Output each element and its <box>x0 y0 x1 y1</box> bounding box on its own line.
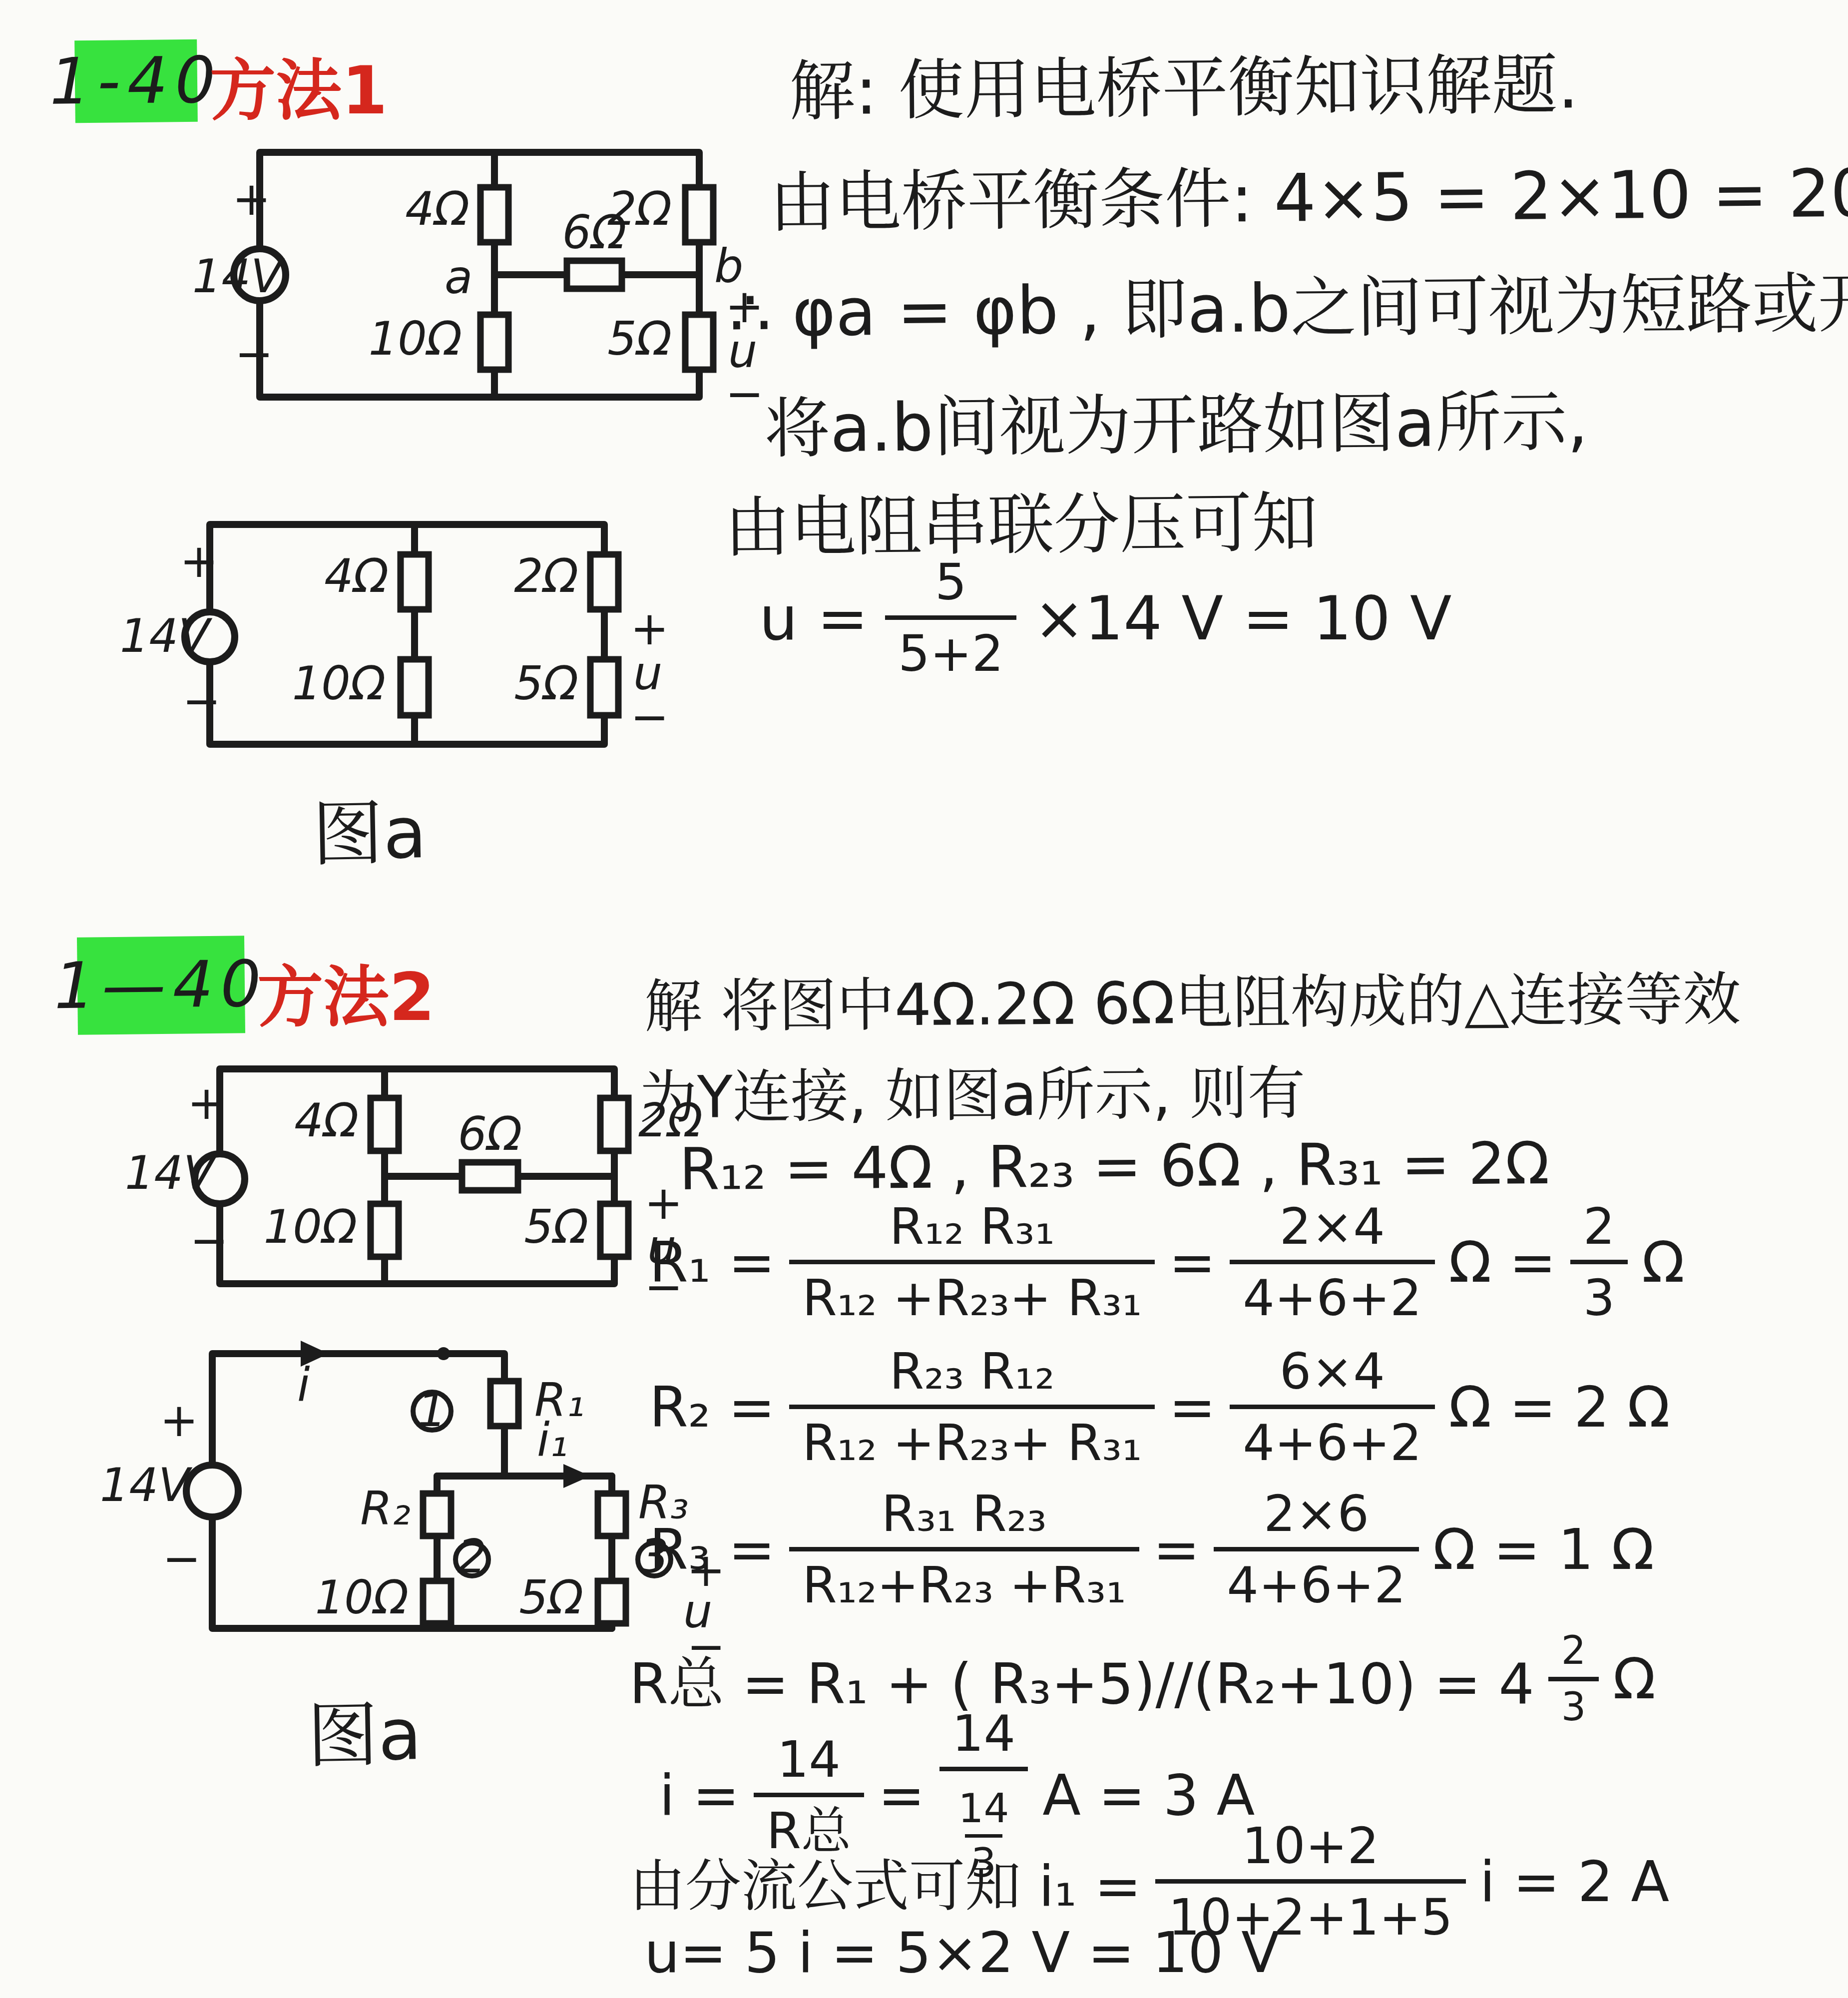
eq-tail: Ω <box>1642 1230 1685 1295</box>
node-a-label: a <box>445 251 472 304</box>
resistor-10ohm-body <box>423 1581 451 1623</box>
eq-lhs: R₃ = <box>649 1517 775 1582</box>
m2-solution-line-2: 为Y连接, 如图a所示, 则有 <box>639 1046 1306 1134</box>
fraction-numerator: R₂₃ R₁₂ <box>877 1344 1068 1405</box>
eq-lhs: R₁ = <box>649 1230 775 1295</box>
eq-mid: Ω = <box>1449 1230 1556 1295</box>
resistor-4ohm-body <box>371 1098 399 1151</box>
method2-figure-a-circuit-diagram: 1 2 3 + 14V − i i₁ R₁ R₂ R₃ 10Ω 5Ω + u − <box>85 1319 734 1668</box>
fraction-denominator: R₁₂ +R₂₃+ R₃₁ <box>789 1405 1155 1471</box>
m2-r1-equation: R₁ = R₁₂ R₃₁ R₁₂ +R₂₃+ R₃₁ = 2×4 4+6+2 Ω… <box>649 1199 1685 1326</box>
voltage-source-symbol <box>186 1465 238 1517</box>
fraction: R₃₁ R₂₃ R₁₂+R₂₃ +R₃₁ <box>789 1486 1139 1613</box>
resistor-r2-body <box>423 1494 451 1536</box>
resistor-5ohm-body <box>600 1204 628 1257</box>
fraction-numerator: 2 <box>1548 1631 1599 1677</box>
eq-lhs: u = <box>759 583 868 654</box>
fraction-numerator: R₃₁ R₂₃ <box>869 1486 1060 1547</box>
m1-solution-line-4: 将a.b间视为开路如图a所示, <box>764 369 1588 471</box>
fraction-denominator: 3 <box>1548 1677 1599 1728</box>
fraction: 2×4 4+6+2 <box>1230 1199 1434 1326</box>
source-voltage-label: 14V <box>125 1146 218 1200</box>
resistor-5ohm-body <box>598 1581 626 1623</box>
resistor-5ohm-body <box>685 315 713 370</box>
m2-u-equation: u= 5 i = 5×2 V = 10 V <box>644 1921 1280 1986</box>
m1-solution-line-2: 由电桥平衡条件: 4×5 = 2×10 = 20 <box>769 140 1848 244</box>
fraction-numerator: 14 <box>939 1706 1028 1767</box>
method1-bridge-circuit-diagram: + 14V − 4Ω 2Ω 6Ω 10Ω 5Ω a b + u − <box>190 117 784 427</box>
u-minus-label: − <box>630 690 669 744</box>
fraction-denominator: 4+6+2 <box>1230 1260 1434 1326</box>
fraction: 2×6 4+6+2 <box>1214 1486 1418 1613</box>
source-voltage-label: 14V <box>120 609 213 663</box>
resistor-6ohm-label: 6Ω <box>458 1107 522 1161</box>
fraction: 6×4 4+6+2 <box>1230 1344 1434 1471</box>
source-voltage-label: 14V <box>100 1459 193 1512</box>
fraction-numerator: 6×4 <box>1267 1344 1398 1405</box>
fraction-numerator: 10+2 <box>1229 1818 1392 1879</box>
resistor-4ohm-label: 4Ω <box>294 1094 359 1147</box>
resistor-6ohm-label: 6Ω <box>562 206 627 259</box>
fraction-denominator: 5+2 <box>885 615 1016 682</box>
source-plus-label: + <box>187 1076 226 1130</box>
fraction-denominator: R₁₂ +R₂₃+ R₃₁ <box>789 1260 1155 1326</box>
problem-tag-badge-2: 1—40 <box>77 936 245 1034</box>
eq-equals: = <box>1169 1230 1216 1295</box>
fraction-denominator: R₁₂+R₂₃ +R₃₁ <box>789 1547 1139 1613</box>
fraction: 2 3 <box>1570 1199 1628 1326</box>
fraction-numerator: 14 <box>764 1732 854 1793</box>
fraction-numerator: 2×4 <box>1267 1199 1398 1260</box>
m1-u-equation: u = 5 5+2 ×14 V = 10 V <box>759 554 1451 682</box>
m2-solution-line-1: 解 将图中4Ω.2Ω 6Ω电阻构成的△连接等效 <box>644 953 1741 1043</box>
fraction: R₂₃ R₁₂ R₁₂ +R₂₃+ R₃₁ <box>789 1344 1155 1471</box>
m1-solution-line-3: ∴ φa = φb , 即a.b之间可视为短路或开路 <box>729 249 1848 355</box>
method1-figure-a-circuit-diagram: + 14V − 4Ω 2Ω 10Ω 5Ω + u − <box>85 492 684 772</box>
method2-bridge-circuit-diagram: + 14V − 4Ω 6Ω 2Ω 10Ω 5Ω + u − <box>85 1039 709 1309</box>
resistor-10ohm-label: 10Ω <box>369 312 462 366</box>
eq-text: u= 5 i = 5×2 V = 10 V <box>644 1921 1280 1986</box>
handwritten-notes-page: 1-40 方法1 + 14V − 4Ω 2Ω 6Ω 10Ω 5Ω a b + u… <box>0 0 1848 1998</box>
resistor-2ohm-body <box>685 187 713 242</box>
fraction: 5 5+2 <box>885 554 1016 682</box>
figure-a2-caption: 图a <box>306 1677 423 1781</box>
eq-tail: i = 2 A <box>1480 1850 1670 1915</box>
source-voltage-label: 14V <box>192 250 285 303</box>
resistor-4ohm-body <box>480 187 508 242</box>
resistor-10ohm-label: 10Ω <box>264 1200 357 1254</box>
resistor-4ohm-label: 4Ω <box>324 549 389 603</box>
resistor-4ohm-label: 4Ω <box>405 182 469 236</box>
resistor-r2-label: R₂ <box>360 1482 411 1535</box>
source-plus-label: + <box>232 172 271 226</box>
problem-tag-1: 1-40 <box>49 43 223 119</box>
fraction-numerator: 2 <box>1570 1199 1628 1260</box>
figure-a-caption: 图a <box>311 776 428 880</box>
node-2-label: 2 <box>458 1530 487 1583</box>
eq-equals: = <box>1169 1375 1216 1440</box>
eq-tail: Ω = 1 Ω <box>1433 1517 1654 1582</box>
current-i1-arrow-icon <box>563 1464 590 1488</box>
resistor-5ohm-label: 5Ω <box>514 657 578 710</box>
resistor-10ohm-label: 10Ω <box>315 1571 409 1624</box>
u-minus-label: − <box>725 367 764 421</box>
problem-tag-2: 1—40 <box>54 947 269 1023</box>
current-i-label: i <box>297 1359 310 1412</box>
eq-pre: 由分流公式可知 i₁ = <box>629 1842 1141 1922</box>
junction-dot <box>437 1347 450 1360</box>
eq-tail: Ω <box>1613 1647 1656 1712</box>
fraction: R₁₂ R₃₁ R₁₂ +R₂₃+ R₃₁ <box>789 1199 1155 1326</box>
fraction-denominator: 3 <box>1570 1260 1628 1326</box>
fraction-denominator: 4+6+2 <box>1230 1405 1434 1471</box>
eq-equals: = <box>1153 1517 1200 1582</box>
source-minus-label: − <box>190 1214 228 1267</box>
resistor-10ohm-body <box>401 659 429 715</box>
m2-solution-line-3: R₁₂ = 4Ω , R₂₃ = 6Ω , R₃₁ = 2Ω <box>679 1130 1550 1203</box>
resistor-r3-body <box>598 1494 626 1536</box>
problem-tag-badge-1: 1-40 <box>74 39 198 123</box>
source-top-wire <box>212 1354 504 1476</box>
source-minus-label: − <box>235 327 273 381</box>
source-plus-label: + <box>160 1394 198 1447</box>
node-1-label: 1 <box>418 1384 447 1437</box>
eq-tail: Ω = 2 Ω <box>1449 1375 1670 1440</box>
m2-r3-equation: R₃ = R₃₁ R₂₃ R₁₂+R₂₃ +R₃₁ = 2×6 4+6+2 Ω … <box>649 1486 1654 1613</box>
resistor-2ohm-label: 2Ω <box>514 549 578 603</box>
resistor-5ohm-body <box>590 659 618 715</box>
resistor-5ohm-label: 5Ω <box>519 1571 583 1624</box>
resistor-6ohm-body <box>462 1162 518 1190</box>
resistor-r1-label: R₁ <box>534 1374 585 1427</box>
source-plus-label: + <box>180 534 218 588</box>
eq-lhs: R₂ = <box>649 1375 775 1440</box>
method2-title: 方法2 <box>257 944 435 1039</box>
resistor-4ohm-body <box>401 554 429 609</box>
resistor-10ohm-body <box>371 1204 399 1257</box>
source-minus-label: − <box>162 1532 201 1585</box>
fraction-numerator: 5 <box>922 554 980 615</box>
fraction-numerator: R₁₂ R₃₁ <box>877 1199 1068 1260</box>
resistor-r1-body <box>490 1381 518 1426</box>
eq-tail: ×14 V = 10 V <box>1033 583 1451 654</box>
resistor-5ohm-label: 5Ω <box>524 1200 588 1254</box>
resistor-6ohm-body <box>567 261 622 289</box>
source-minus-label: − <box>182 674 221 728</box>
m2-r2-equation: R₂ = R₂₃ R₁₂ R₁₂ +R₂₃+ R₃₁ = 6×4 4+6+2 Ω… <box>649 1344 1670 1471</box>
resistor-10ohm-body <box>480 315 508 370</box>
resistor-5ohm-label: 5Ω <box>607 312 672 366</box>
m1-solution-line-1: 解: 使用电桥平衡知识解题. <box>789 31 1579 133</box>
fraction-denominator: 4+6+2 <box>1214 1547 1418 1613</box>
resistor-2ohm-body <box>600 1098 628 1151</box>
resistor-10ohm-label: 10Ω <box>292 657 386 710</box>
resistor-2ohm-body <box>590 554 618 609</box>
fraction: 2 3 <box>1548 1631 1599 1728</box>
fraction-numerator: 2×6 <box>1251 1486 1382 1547</box>
